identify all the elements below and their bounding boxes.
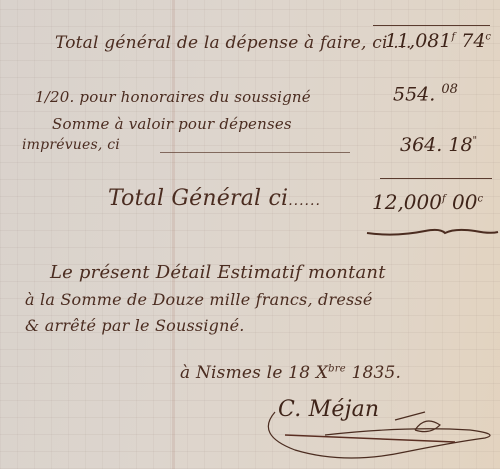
signature-flourish xyxy=(255,390,500,465)
imprevues-leader-rule xyxy=(160,152,350,153)
total-general-label: Total Général ci...... xyxy=(108,186,321,211)
imprevues-amount: 364. 18" xyxy=(400,134,477,156)
statement-line1: Le présent Détail Estimatif montant xyxy=(50,262,386,283)
total-depense-amount: 11,081f 74c xyxy=(385,30,491,52)
honoraires-amount: 554. 08 xyxy=(393,82,458,105)
imprevues-label-line2: imprévues, ci xyxy=(22,137,120,153)
total-general-amount: 12,000f 00c xyxy=(372,190,483,214)
statement-line2: à la Somme de Douze mille francs, dressé xyxy=(25,290,373,309)
total-flourish xyxy=(365,225,500,241)
imprevues-label-line1: Somme à valoir pour dépenses xyxy=(52,115,292,133)
paper-fold xyxy=(172,0,175,469)
honoraires-label: 1/20. pour honoraires du soussigné xyxy=(35,88,311,106)
statement-line3: & arrêté par le Soussigné. xyxy=(25,316,245,335)
place-date: à Nismes le 18 Xbre 1835. xyxy=(180,363,401,383)
total-depense-label: Total général de la dépense à faire, ci … xyxy=(55,33,412,53)
total-rule xyxy=(380,178,492,179)
top-amount-rule xyxy=(373,25,490,26)
